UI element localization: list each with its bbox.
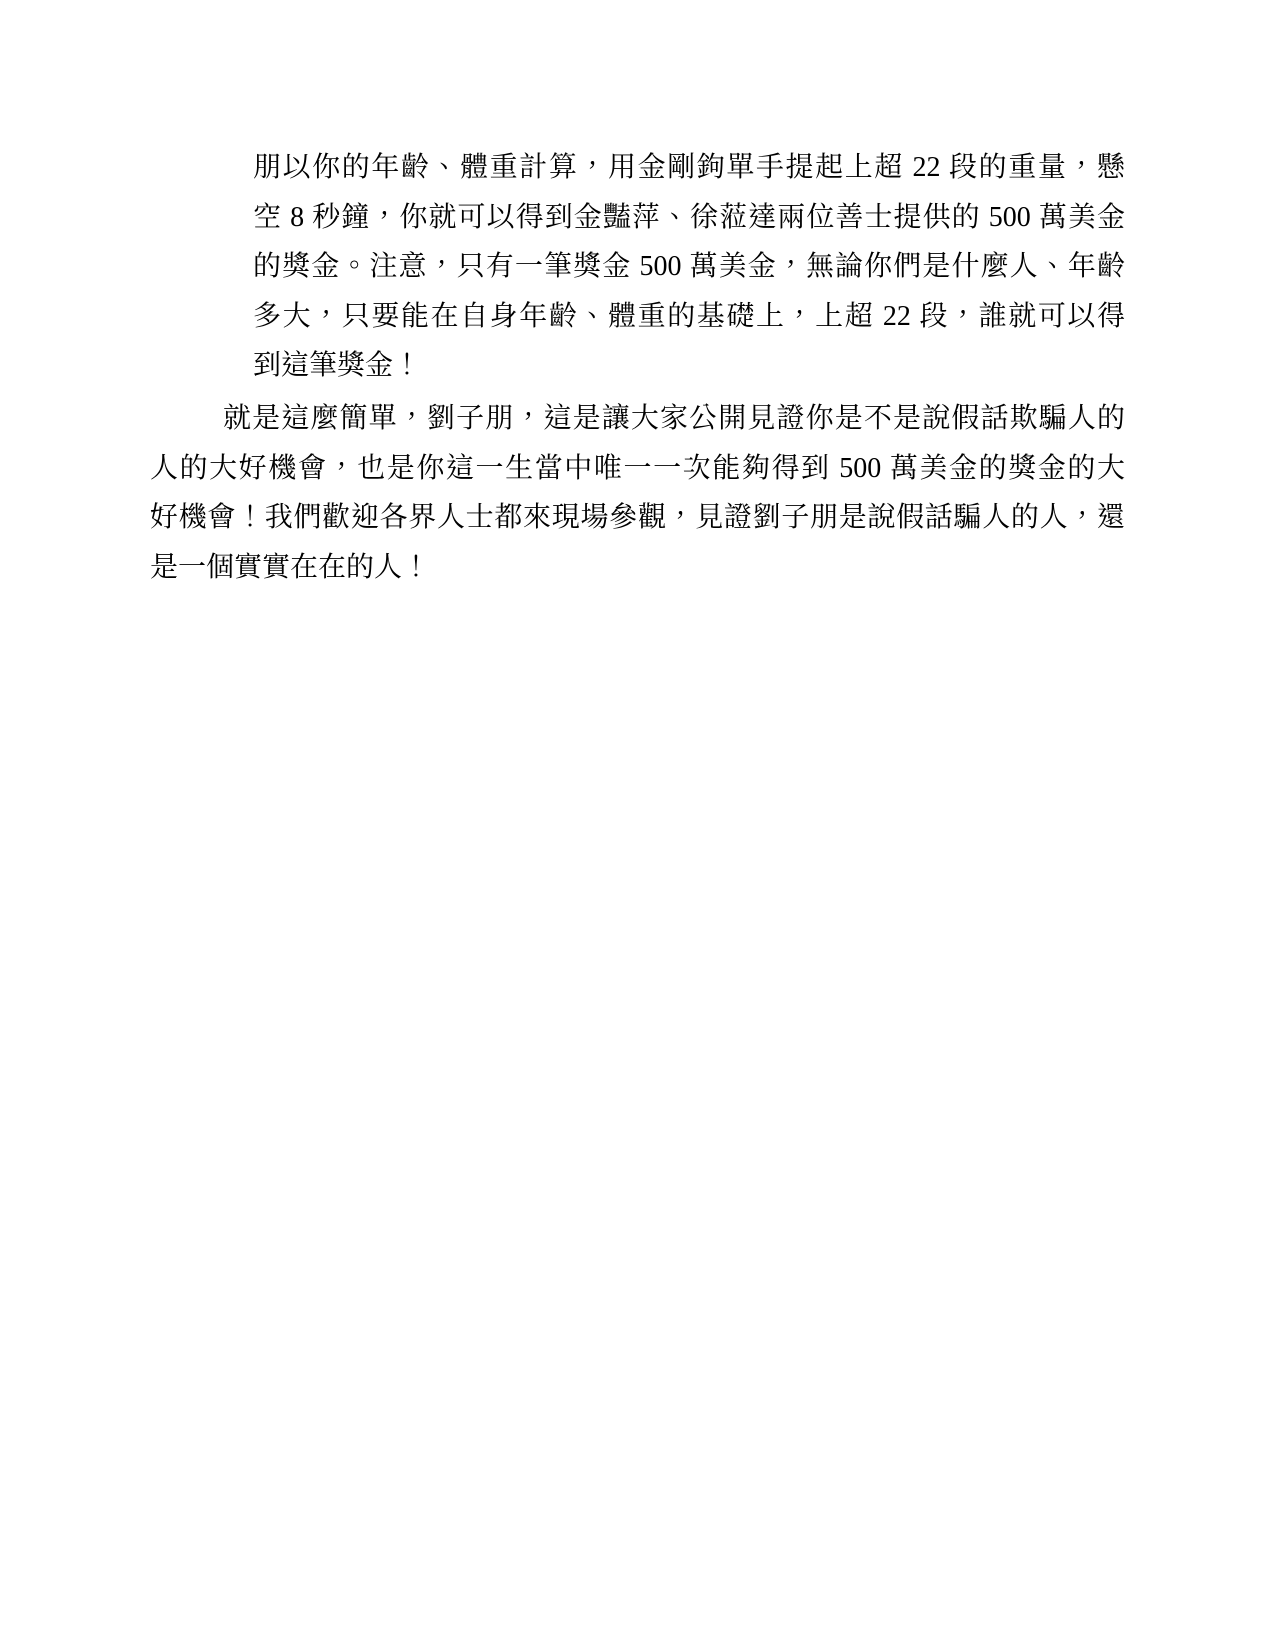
text-line: 到這筆獎金！ [253, 341, 1125, 391]
text-line: 就是這麼簡單，劉子朋，這是讓大家公開見證你是不是說假話欺騙人的 [150, 394, 1125, 444]
text-line: 朋以你的年齡、體重計算，用金剛鉤單手提起上超 22 段的重量，懸 [253, 143, 1125, 193]
text-line: 是一個實實在在的人！ [150, 543, 1125, 593]
text-line: 好機會！我們歡迎各界人士都來現場參觀，見證劉子朋是說假話騙人的人，還 [150, 493, 1125, 543]
paragraph-indented-block: 朋以你的年齡、體重計算，用金剛鉤單手提起上超 22 段的重量，懸 空 8 秒鐘，… [253, 143, 1125, 391]
text-line: 的獎金。注意，只有一筆獎金 500 萬美金，無論你們是什麼人、年齡 [253, 242, 1125, 292]
text-line: 多大，只要能在自身年齡、體重的基礎上，上超 22 段，誰就可以得 [253, 292, 1125, 342]
text-line: 空 8 秒鐘，你就可以得到金豔萍、徐蒞達兩位善士提供的 500 萬美金 [253, 193, 1125, 243]
text-line: 人的大好機會，也是你這一生當中唯一一次能夠得到 500 萬美金的獎金的大 [150, 444, 1125, 494]
document-page: 朋以你的年齡、體重計算，用金剛鉤單手提起上超 22 段的重量，懸 空 8 秒鐘，… [0, 0, 1275, 1650]
paragraph-body: 就是這麼簡單，劉子朋，這是讓大家公開見證你是不是說假話欺騙人的 人的大好機會，也… [150, 394, 1125, 592]
